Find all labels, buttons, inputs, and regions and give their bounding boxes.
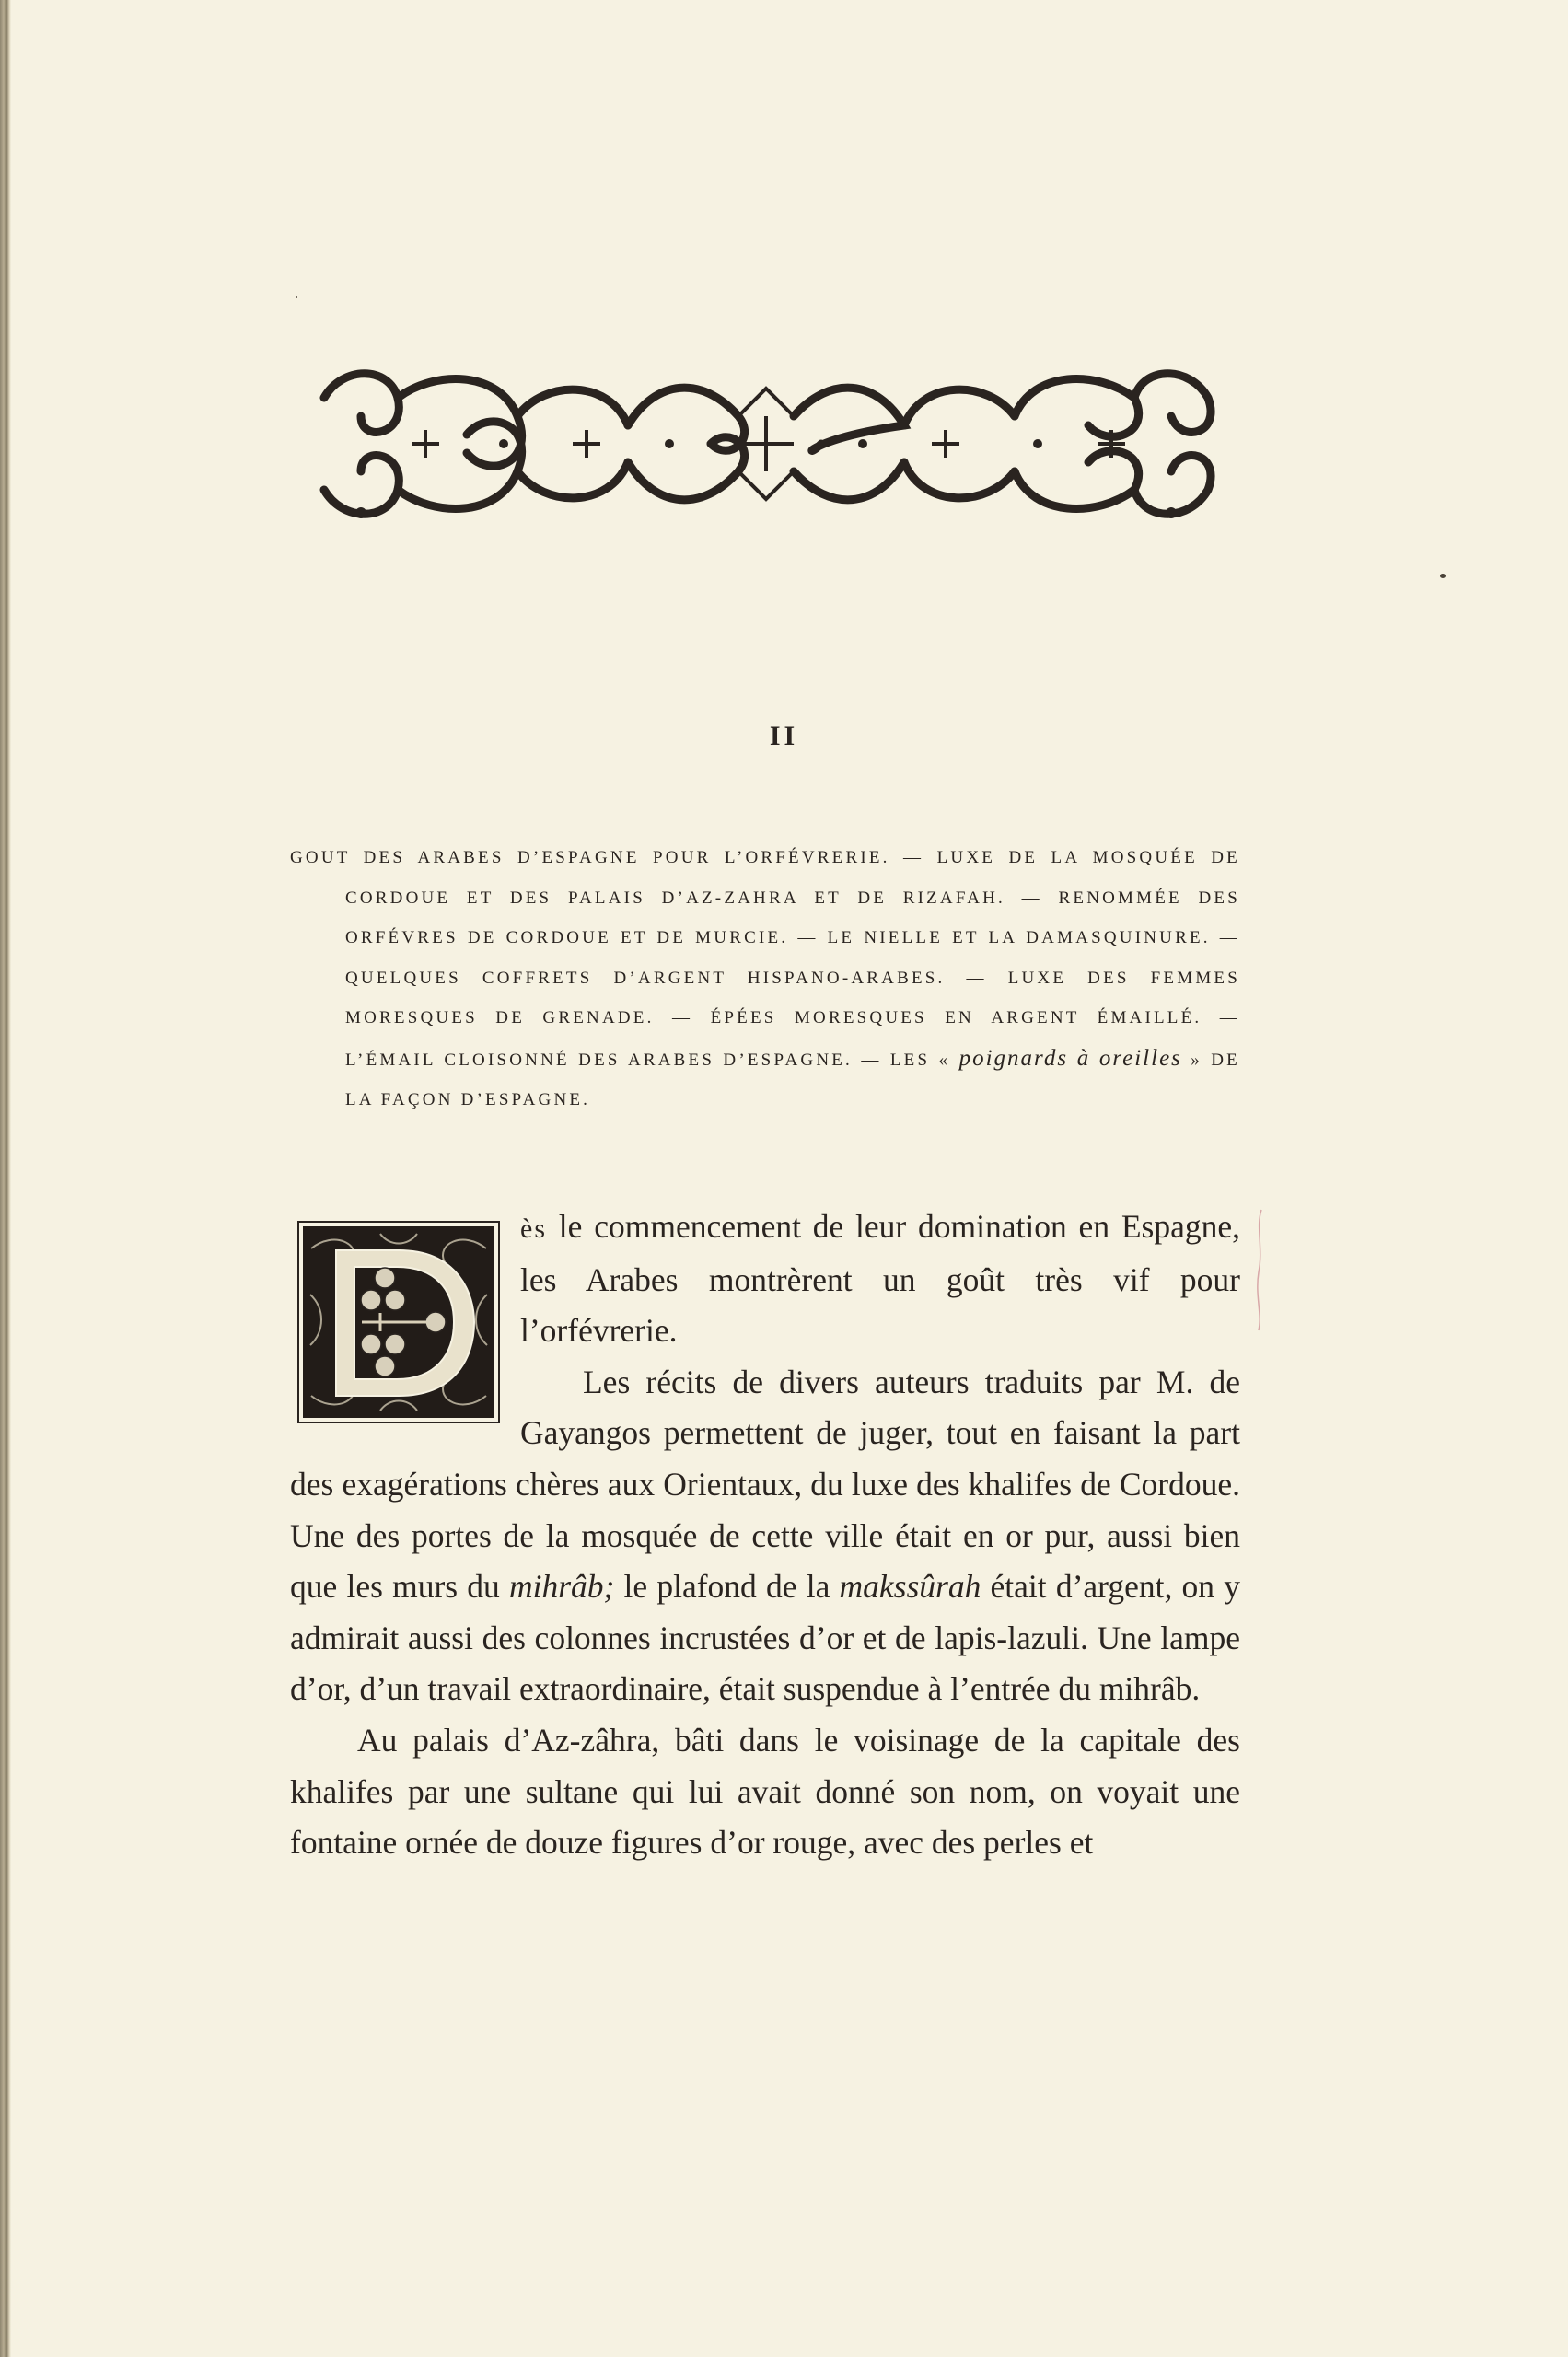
pencil-margin-mark — [1254, 1208, 1265, 1332]
chapter-number: II — [0, 721, 1568, 752]
paragraph-3: Au palais d’Az-zâhra, bâti dans le voisi… — [290, 1715, 1240, 1869]
paragraph-text: le commencement de leur domination en Es… — [520, 1208, 1240, 1349]
summary-italic: poignards à oreilles — [959, 1046, 1182, 1071]
paragraph-text: Au palais d’Az-zâhra, bâti dans le voisi… — [290, 1722, 1240, 1861]
paragraph-text: le plafond de la — [614, 1568, 839, 1605]
dropcap-space — [290, 1202, 520, 1455]
ink-speck — [296, 296, 297, 298]
summary-text: Gout des Arabes d’Espagne pour l’orfévre… — [290, 848, 1240, 1070]
italic-term-makssurah: makssûrah — [840, 1568, 981, 1605]
dropcap-continuation: ès — [520, 1213, 547, 1244]
body-text: ès le commencement de leur domination en… — [290, 1202, 1240, 1869]
ornamental-headpiece-icon — [306, 361, 1226, 525]
page-binding-edge — [0, 0, 11, 2357]
italic-term-mihrab: mihrâb; — [509, 1568, 614, 1605]
ink-speck — [1440, 574, 1446, 578]
chapter-summary: Gout des Arabes d’Espagne pour l’orfévre… — [290, 838, 1240, 1120]
